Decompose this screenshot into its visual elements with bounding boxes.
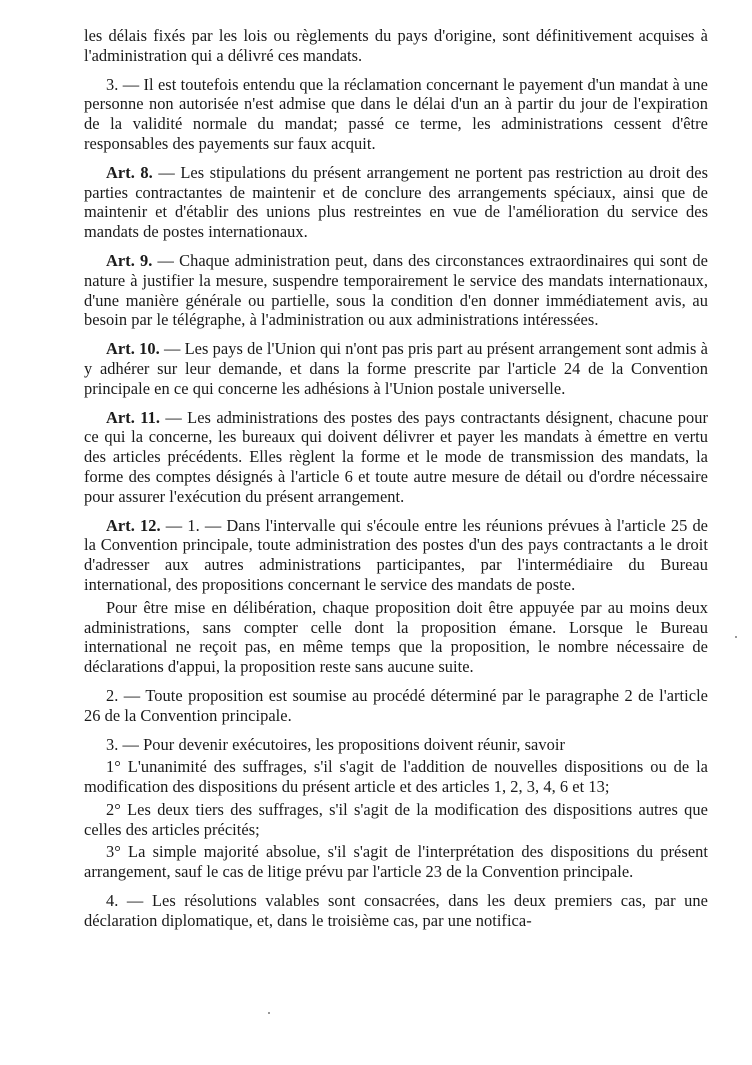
paragraph-text: Il est toutefois entendu que la réclamat… — [84, 75, 708, 153]
paragraph-article-12-section-4: 4. — Les résolutions valables sont consa… — [84, 891, 708, 931]
paragraph-text: Pour être mise en délibération, chaque p… — [84, 598, 708, 676]
paragraph-article-12-section-3: 3. — Pour devenir exécutoires, les propo… — [84, 735, 708, 755]
paragraph-text: L'unanimité des suffrages, s'il s'agit d… — [84, 757, 708, 796]
scan-speck — [268, 1012, 270, 1014]
section-label: 3. — — [106, 75, 139, 94]
paragraph-article-12-section-1-continued: Pour être mise en délibération, chaque p… — [84, 598, 708, 677]
paragraph-article-12-section-1: Art. 12. — 1. — Dans l'intervalle qui s'… — [84, 516, 708, 595]
list-item-label: 2° — [106, 800, 121, 819]
scan-speck — [735, 636, 737, 638]
list-item-label: 3° — [106, 842, 121, 861]
article-label: Art. 12. — [106, 516, 161, 535]
list-item-label: 1° — [106, 757, 121, 776]
section-label: 4. — — [106, 891, 143, 910]
paragraph-article-11: Art. 11. — Les administrations des poste… — [84, 408, 708, 507]
paragraph-article-9: Art. 9. — Chaque administration peut, da… — [84, 251, 708, 330]
paragraph-article-8: Art. 8. — Les stipulations du présent ar… — [84, 163, 708, 242]
paragraph-article-7-section-3: 3. — Il est toutefois entendu que la réc… — [84, 75, 708, 154]
paragraph-text: Les deux tiers des suffrages, s'il s'agi… — [84, 800, 708, 839]
paragraph-text: La simple majorité absolue, s'il s'agit … — [84, 842, 708, 881]
list-item-simple-majority: 3° La simple majorité absolue, s'il s'ag… — [84, 842, 708, 882]
article-label: Art. 10. — [106, 339, 160, 358]
section-label: 3. — — [106, 735, 139, 754]
paragraph-article-12-section-2: 2. — Toute proposition est soumise au pr… — [84, 686, 708, 726]
paragraph-text: — Les administrations des postes des pay… — [84, 408, 708, 506]
document-page: les délais fixés par les lois ou règleme… — [84, 26, 708, 940]
paragraph-text: Les résolutions valables sont consacrées… — [84, 891, 708, 930]
section-label: 2. — — [106, 686, 140, 705]
paragraph-continuation: les délais fixés par les lois ou règleme… — [84, 26, 708, 66]
list-item-two-thirds: 2° Les deux tiers des suffrages, s'il s'… — [84, 800, 708, 840]
list-item-unanimity: 1° L'unanimité des suffrages, s'il s'agi… — [84, 757, 708, 797]
article-label: Art. 11. — [106, 408, 160, 427]
paragraph-text: — Les pays de l'Union qui n'ont pas pris… — [84, 339, 708, 398]
paragraph-text: — Chaque administration peut, dans des c… — [84, 251, 708, 329]
paragraph-text: Pour devenir exécutoires, les propositio… — [143, 735, 565, 754]
paragraph-text: — 1. — Dans l'intervalle qui s'écoule en… — [84, 516, 708, 594]
article-label: Art. 8. — [106, 163, 153, 182]
paragraph-text: les délais fixés par les lois ou règleme… — [84, 26, 708, 65]
paragraph-article-10: Art. 10. — Les pays de l'Union qui n'ont… — [84, 339, 708, 398]
paragraph-text: Toute proposition est soumise au procédé… — [84, 686, 708, 725]
article-label: Art. 9. — [106, 251, 152, 270]
paragraph-text: — Les stipulations du présent arrangemen… — [84, 163, 708, 241]
